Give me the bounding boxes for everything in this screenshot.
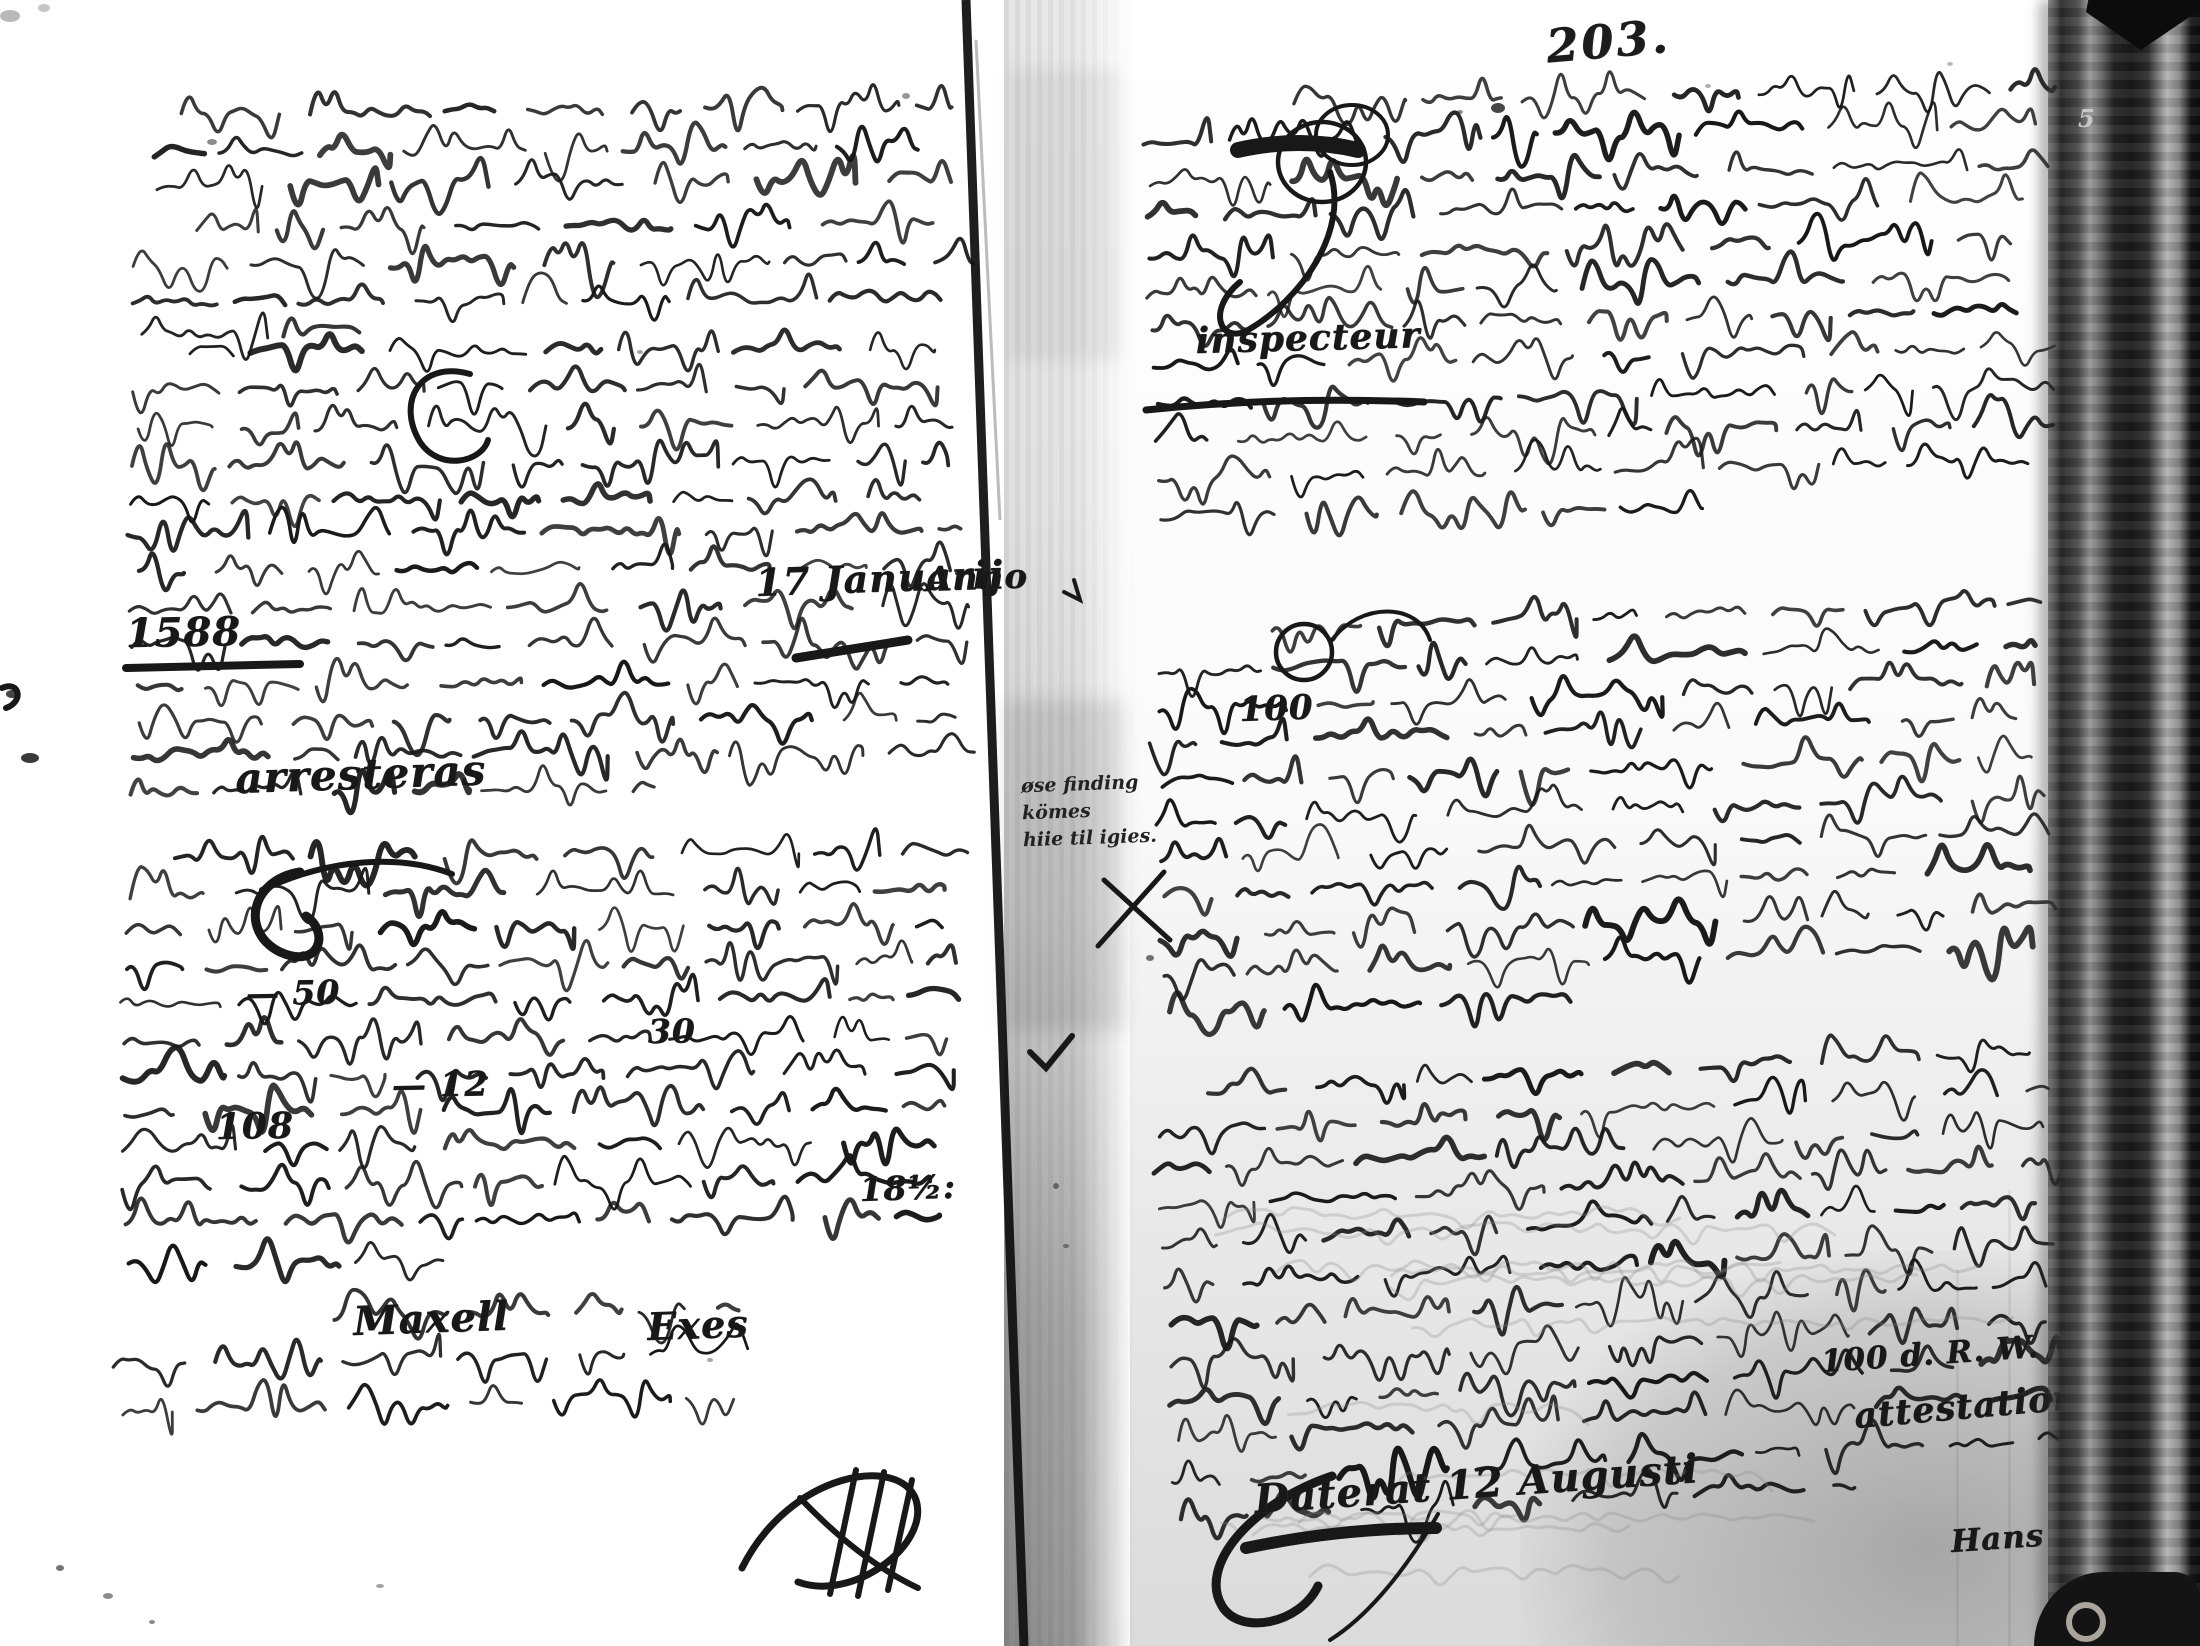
handwriting-word [1391, 678, 1506, 725]
handwriting-word [923, 442, 948, 465]
handwriting-word [1345, 1294, 1450, 1320]
initial-flourish [1278, 122, 1366, 202]
handwriting-word [397, 563, 477, 572]
handwriting-word [1153, 1162, 1209, 1175]
handwriting-word [590, 1031, 651, 1041]
circle-flourish [1276, 624, 1332, 680]
handwriting-word [837, 126, 918, 162]
handwriting-word [812, 1088, 885, 1111]
handwriting-word [1828, 102, 1938, 150]
handwriting-word [844, 693, 896, 721]
handwriting-word [283, 318, 359, 336]
handwriting-word [1758, 75, 1854, 109]
handwriting-word [1683, 678, 1752, 695]
handwriting-word [1291, 1421, 1413, 1450]
handwriting-word [475, 1174, 542, 1205]
legible-fragment: 108 [215, 1105, 294, 1148]
left-paragraph-1 [154, 84, 953, 217]
handwriting-word [1237, 888, 1288, 899]
handwriting-word [1276, 1109, 1355, 1143]
ink-speck [38, 4, 50, 12]
handwriting-word [122, 1399, 172, 1435]
handwriting-word [1865, 374, 1913, 416]
handwriting-word [1837, 868, 1894, 877]
handwriting-word [157, 165, 263, 209]
handwriting-word [805, 370, 937, 406]
handwriting-word [1496, 1126, 1625, 1168]
handwriting-word [1161, 502, 1275, 537]
handwriting-word [797, 513, 922, 533]
handwriting-word [850, 994, 893, 1000]
handwriting-word [576, 1293, 622, 1314]
handwriting-word [1806, 379, 1852, 414]
handwriting-word [679, 1127, 811, 1167]
handwriting-word [315, 405, 397, 431]
swash [255, 872, 319, 957]
handwriting-word [904, 1101, 945, 1110]
handwriting-word [1833, 448, 1885, 467]
handwriting-word [1694, 1471, 1804, 1496]
handwriting-word [1834, 149, 1968, 172]
handwriting-word [1484, 1067, 1582, 1097]
handwriting-word [1149, 234, 1273, 278]
handwriting-word [1315, 716, 1447, 742]
handwriting-word [917, 920, 943, 927]
handwriting-word [1741, 869, 1807, 882]
handwriting-word [416, 294, 504, 322]
handwriting-word [1742, 835, 1800, 845]
handwriting-word [1150, 168, 1271, 207]
handwriting-word [1409, 758, 1498, 798]
handwriting-word [896, 1065, 954, 1090]
handwriting-word [1306, 799, 1417, 845]
handwriting-word [686, 1397, 734, 1424]
underline-mark [1246, 1528, 1436, 1548]
handwriting-word [481, 765, 606, 805]
legible-fragment: 100 [1239, 687, 1314, 730]
handwriting-word [1371, 848, 1448, 870]
monogram-flourish [858, 1472, 884, 1596]
handwriting-word [1695, 110, 1802, 134]
ink-speck [902, 93, 910, 99]
handwriting-word [1939, 813, 2049, 837]
handwriting-word [235, 295, 285, 305]
handwriting-word [633, 782, 654, 791]
handwriting-word [1614, 153, 1697, 189]
handwriting-word [1169, 990, 1265, 1036]
handwriting-word [1566, 224, 1683, 267]
handwriting-word [175, 836, 293, 873]
handwriting-word [1324, 1340, 1451, 1383]
handwriting-word [1736, 1232, 1829, 1261]
handwriting-word [139, 553, 184, 590]
handwriting-word [1972, 697, 2016, 720]
legible-fragment: arresteras [234, 745, 487, 803]
handwriting-word [1583, 1392, 1706, 1422]
ink-speck [149, 1620, 155, 1624]
right-paragraph-2 [1145, 580, 2059, 1037]
legible-fragment: Hans [1949, 1518, 2045, 1560]
handwriting-word [130, 866, 203, 898]
handwriting-word [320, 134, 391, 168]
handwriting-word [1584, 898, 1716, 948]
handwriting-word [1666, 607, 1745, 618]
handwriting-word [1712, 237, 1769, 249]
handwriting-word [1896, 1205, 1944, 1213]
handwriting-word [1397, 435, 1441, 454]
handwriting-word [1473, 338, 1573, 381]
handwriting-word [1158, 455, 1270, 505]
handwriting-word [122, 1166, 210, 1210]
right-paragraph-1 [1142, 63, 2064, 540]
handwriting-word [537, 870, 673, 896]
book-edge-band [2048, 0, 2200, 1646]
handwriting-word [1270, 1188, 1395, 1205]
handwriting-word [907, 1035, 947, 1055]
handwriting-word [641, 254, 770, 285]
handwriting-word [834, 1017, 888, 1041]
handwriting-word [858, 444, 906, 485]
handwriting-word [1604, 352, 1649, 372]
handwriting-word [242, 636, 328, 647]
handwriting-word [1614, 1062, 1669, 1075]
handwriting-word [896, 1212, 939, 1220]
handwriting-word [154, 146, 204, 157]
legible-fragment: 1588 [125, 608, 241, 657]
handwriting-word [528, 105, 603, 115]
handwriting-word [1836, 1269, 1886, 1311]
handwriting-word [446, 639, 499, 648]
handwriting-word [1666, 1195, 1714, 1221]
ink-speck [1705, 84, 1711, 88]
ink-speck [21, 753, 39, 763]
handwriting-word [784, 254, 846, 265]
handwriting-word [1236, 816, 1286, 839]
handwriting-word [491, 562, 579, 574]
handwriting-word [1992, 1262, 2046, 1289]
legible-fragment: 30 [647, 1011, 696, 1051]
left-paragraph-2 [132, 201, 974, 361]
handwriting-word [508, 584, 607, 612]
handwriting-word [1727, 251, 1843, 285]
handwriting-word [822, 201, 932, 243]
handwriting-word [1729, 150, 1812, 175]
handwriting-word [1763, 627, 1879, 656]
handwriting-word [355, 1242, 443, 1281]
ink-speck [103, 1593, 113, 1599]
handwriting-word [1238, 421, 1366, 443]
handwriting-word [1164, 1267, 1214, 1303]
handwriting-word [1422, 244, 1548, 269]
handwriting-word [1986, 662, 2034, 686]
handwriting-word [441, 678, 521, 687]
handwriting-word [1265, 920, 1334, 936]
handwriting-word [1589, 310, 1667, 341]
handwriting-word [732, 1093, 790, 1125]
handwriting-word [241, 413, 298, 444]
handwriting-word [239, 1062, 316, 1102]
handwriting-word [830, 290, 941, 301]
handwriting-word [209, 906, 282, 942]
handwriting-word [1159, 1198, 1255, 1230]
handwriting-word [1522, 71, 1645, 118]
handwriting-word [622, 122, 725, 164]
handwriting-word [619, 331, 719, 371]
handwriting-word [582, 440, 718, 486]
handwriting-word [889, 734, 974, 756]
handwriting-word [1651, 377, 1774, 399]
handwriting-word [756, 156, 855, 196]
handwriting-word [1422, 171, 1473, 181]
handwriting-word [125, 1198, 256, 1226]
handwriting-word [1958, 234, 2011, 261]
handwriting-word [127, 962, 183, 989]
handwriting-word [583, 286, 670, 321]
handwriting-word [555, 1155, 691, 1210]
handwriting-word [500, 940, 608, 991]
bleedthrough-line [1216, 1223, 1835, 1245]
handwriting-word [296, 924, 353, 950]
edge-numeral: 5 [2078, 104, 2095, 133]
handwriting-word [1604, 935, 1700, 986]
handwriting-word [346, 1161, 462, 1208]
handwriting-word [672, 1197, 793, 1235]
handwriting-word [613, 544, 673, 569]
handwriting-word [510, 1059, 603, 1088]
handwriting-word [1877, 71, 1990, 113]
handwriting-word [458, 1351, 547, 1383]
handwriting-word [1775, 684, 1833, 717]
handwriting-word [902, 843, 967, 855]
handwriting-word [1666, 415, 1777, 456]
handwriting-word [858, 242, 904, 264]
legible-fragment: Maxell [352, 1293, 509, 1345]
check-mark [1030, 1036, 1072, 1068]
handwriting-word [1447, 913, 1574, 958]
handwriting-word [390, 338, 526, 372]
handwriting-word [133, 250, 227, 291]
handwriting-word [530, 366, 625, 391]
handwriting-word [1834, 1484, 1855, 1490]
handwriting-word [935, 239, 973, 264]
handwriting-word [868, 480, 919, 500]
handwriting-word [1330, 769, 1394, 803]
handwriting-word [1159, 1122, 1265, 1156]
legible-fragment: Exes [646, 1300, 749, 1349]
handwriting-word [428, 405, 546, 456]
handwriting-word [445, 104, 495, 111]
handwriting-word [600, 1138, 661, 1149]
handwriting-word [1312, 881, 1433, 907]
legible-fragment: inspecteur [1195, 314, 1421, 362]
handwriting-word [568, 404, 614, 444]
handwriting-word [1481, 312, 1561, 325]
handwriting-word [132, 444, 215, 491]
handwriting-word [138, 413, 212, 446]
handwriting-word [637, 364, 706, 392]
handwriting-word [229, 442, 344, 469]
handwriting-word [1660, 194, 1745, 224]
handwriting-word [1226, 1145, 1344, 1186]
handwriting-word [542, 518, 679, 554]
handwriting-word [513, 461, 562, 487]
ink-speck [207, 139, 217, 145]
ink-speck [0, 10, 20, 22]
handwriting-word [445, 1129, 575, 1149]
handwriting-word [1593, 610, 1636, 620]
handwriting-word [1441, 991, 1571, 1027]
handwriting-word [470, 1385, 521, 1405]
underline-mark [126, 664, 300, 668]
handwriting-word [632, 102, 680, 131]
handwriting-word [627, 1051, 753, 1090]
handwriting-word [369, 987, 495, 1006]
handwriting-word [1263, 386, 1368, 429]
handwriting-word [1902, 718, 1953, 737]
handwriting-word [1836, 945, 1920, 954]
handwriting-word [1934, 304, 2017, 315]
ink-speck [1063, 1244, 1069, 1248]
handwriting-word [316, 658, 407, 701]
handwriting-word [597, 1203, 649, 1222]
handwriting-word [1756, 1447, 1799, 1458]
handwriting-word [133, 296, 217, 306]
handwriting-word [522, 273, 566, 304]
marginal-note-line: øse finding kömes [1021, 767, 1213, 828]
handwriting-word [1407, 267, 1463, 303]
handwriting-word [1387, 448, 1485, 477]
handwriting-word [250, 334, 362, 371]
handwriting-word [1873, 271, 2009, 302]
handwriting-word [1225, 199, 1316, 219]
bleedthrough-line [1223, 1207, 1680, 1229]
handwriting-word [413, 510, 524, 554]
handwriting-word [1831, 332, 1878, 355]
ink-speck [1053, 1183, 1059, 1189]
handwriting-word [1401, 489, 1526, 529]
handwriting-word [1926, 842, 2030, 873]
handwriting-word [870, 332, 935, 369]
handwriting-word [1620, 490, 1702, 513]
handwriting-word [1543, 507, 1605, 525]
handwriting-word [1849, 660, 1961, 689]
handwriting-word [219, 137, 302, 157]
handwriting-word [359, 641, 433, 661]
handwriting-word [286, 1214, 402, 1243]
handwriting-word [190, 346, 234, 356]
handwriting-word [331, 1074, 385, 1097]
legible-fragment: — 50 [245, 972, 340, 1013]
handwriting-word [916, 86, 951, 110]
handwriting-word [1415, 1168, 1545, 1214]
handwriting-word [1353, 907, 1415, 947]
handwriting-word [1477, 264, 1557, 307]
page-number: 203. [1544, 9, 1672, 74]
handwriting-word [1440, 188, 1562, 215]
handwriting-word [1673, 703, 1729, 730]
handwriting-word [1284, 981, 1421, 1021]
handwriting-word [1640, 828, 1715, 867]
handwriting-word [1719, 460, 1819, 490]
handwriting-word [1743, 735, 1863, 780]
handwriting-word [1609, 1335, 1702, 1367]
handwriting-word [709, 921, 779, 948]
handwriting-word [917, 636, 967, 664]
handwriting-word [341, 207, 424, 254]
handwriting-word [797, 85, 899, 132]
handwriting-word [736, 386, 784, 403]
handwriting-word [251, 249, 364, 298]
handwriting-word [1896, 345, 1964, 354]
ink-speck [1457, 110, 1463, 114]
handwriting-word [1820, 1031, 1919, 1064]
handwriting-word [127, 511, 248, 551]
bleedthrough-line [1391, 1264, 1979, 1282]
ink-speck [376, 1584, 384, 1588]
ink-speck [1947, 62, 1953, 66]
handwriting-word [682, 834, 799, 868]
handwriting-word [1615, 438, 1704, 472]
handwriting-word [1171, 1314, 1258, 1351]
handwriting-word [1907, 1146, 1992, 1174]
handwriting-word [1468, 948, 1590, 988]
handwriting-word [1796, 410, 1861, 431]
handwriting-word [1961, 1196, 2035, 1222]
handwriting-word [1171, 1459, 1219, 1486]
handwriting-word [637, 739, 717, 772]
handwriting-word [1560, 1160, 1682, 1190]
handwriting-word [1552, 879, 1621, 886]
handwriting-word [1642, 870, 1727, 899]
handwriting-word [1772, 312, 1831, 342]
handwriting-word [688, 274, 817, 303]
handwriting-word [1686, 296, 1752, 338]
handwriting-word [599, 907, 683, 952]
ink-speck [637, 350, 643, 354]
handwriting-word [843, 1129, 934, 1164]
handwriting-word [706, 942, 838, 985]
handwriting-word [1459, 866, 1541, 910]
handwriting-word [1898, 909, 1944, 931]
handwriting-word [1447, 784, 1582, 818]
handwriting-word [1576, 203, 1633, 213]
handwriting-word [1164, 887, 1212, 916]
handwriting-word [1306, 497, 1377, 536]
handwriting-word [310, 91, 430, 117]
handwriting-word [197, 1379, 325, 1419]
legible-fragment: 18½: [859, 1167, 957, 1209]
handwriting-word [896, 406, 952, 428]
handwriting-word [1865, 590, 1995, 627]
handwriting-word [655, 162, 729, 203]
marginal-note: øse finding kömes hiie til igies. [1021, 767, 1214, 855]
handwriting-word [543, 661, 668, 687]
handwriting-word [380, 912, 474, 945]
handwriting-word [1674, 88, 1739, 111]
handwriting-word [1850, 310, 1914, 317]
handwriting-word [2008, 599, 2040, 604]
handwriting-word [270, 507, 390, 543]
handwriting-word [1933, 367, 2054, 420]
handwriting-word [348, 1383, 448, 1425]
handwriting-word [236, 1238, 339, 1282]
handwriting-word [420, 1215, 462, 1239]
handwriting-word [745, 141, 816, 150]
handwriting-word [1942, 1109, 2044, 1151]
ink-speck [1491, 103, 1505, 113]
handwriting-word [1937, 1038, 2031, 1074]
handwriting-word [290, 168, 379, 205]
